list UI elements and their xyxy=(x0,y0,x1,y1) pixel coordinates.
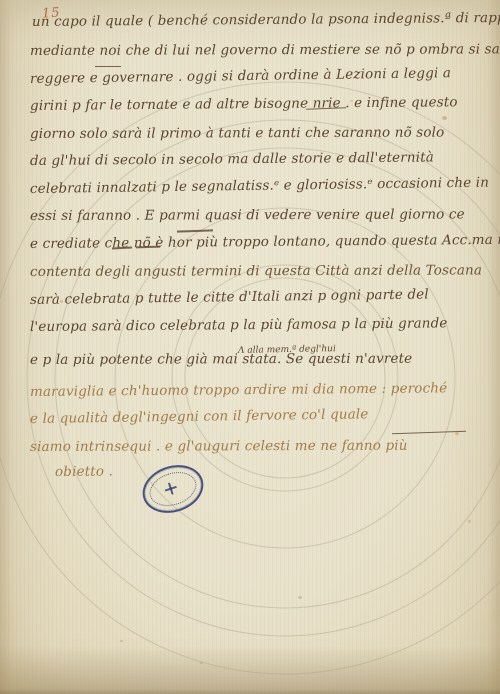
manuscript-line: essi si faranno . E parmi quasi di veder… xyxy=(30,206,465,224)
underline-mark xyxy=(95,66,121,67)
manuscript-line: mediante noi che di lui nel governo di m… xyxy=(30,41,500,59)
manuscript-line: da gl'hui di secolo in secolo ma dalle s… xyxy=(30,149,434,169)
interlinear-insertion: Λ alla mem.ª degl'hui xyxy=(238,344,336,356)
manuscript-line: maraviglia e ch'huomo troppo ardire mi d… xyxy=(30,380,447,400)
manuscript-line: girini p far le tornate e ad altre bisog… xyxy=(30,94,458,114)
fox-spot xyxy=(468,520,471,523)
insertion-text: alla mem.ª degl'hui xyxy=(247,344,336,356)
fox-spot xyxy=(442,116,447,120)
fox-spot xyxy=(120,640,123,642)
insertion-caret: Λ xyxy=(238,346,245,356)
manuscript-line: obietto . xyxy=(55,463,113,480)
manuscript-line: un capo il quale ( benché considerando l… xyxy=(32,9,500,30)
manuscript-line: siamo intrinsequi . e gl'auguri celesti … xyxy=(30,438,408,455)
manuscript-line: e p la più potente che già mai stata. Se… xyxy=(30,351,412,368)
manuscript-line: reggere e governare . oggi si darà ordin… xyxy=(30,65,451,87)
manuscript-line: e la qualità degl'ingegni con il fervore… xyxy=(30,406,369,427)
fox-spot xyxy=(298,596,302,599)
fox-spot xyxy=(200,662,203,664)
fox-spot xyxy=(455,432,459,435)
manuscript-line: l'europa sarà dico celebrata p la più fa… xyxy=(30,315,448,335)
manuscript-line: giorno solo sarà il primo à tanti e tant… xyxy=(30,125,444,142)
collection-stamp xyxy=(136,458,209,521)
manuscript-line: sarà celebrata p tutte le citte d'Itali … xyxy=(30,286,429,308)
underline-mark xyxy=(392,431,466,435)
manuscript-line: contenta degli angusti termini di questa… xyxy=(30,262,482,280)
manuscript-page: 15 un capo il quale ( benché considerand… xyxy=(0,0,500,694)
stamp-inner-ring xyxy=(145,466,201,511)
strikethrough-mark xyxy=(177,229,213,232)
manuscript-line: celebrati innalzati p le segnalatiss.ᵉ e… xyxy=(30,175,489,197)
manuscript-line: e crediate che nõ è hor più troppo lonta… xyxy=(30,232,500,252)
